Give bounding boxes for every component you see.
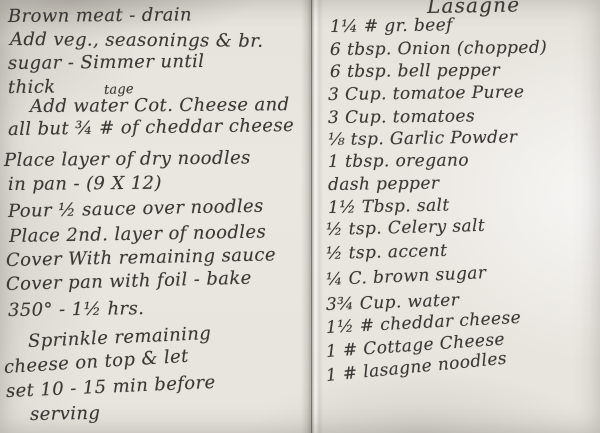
instruction-line: all but ¾ # of cheddar cheese bbox=[8, 115, 294, 140]
ingredient-line: dash pepper bbox=[328, 173, 440, 195]
ingredient-line: 3 Cup. tomatoes bbox=[328, 106, 475, 128]
instruction-line: Cover pan with foil - bake bbox=[6, 268, 252, 295]
instruction-line: sugar - Simmer until bbox=[8, 51, 205, 74]
left-page: Brown meat - drain Add veg., seasonings … bbox=[0, 0, 312, 433]
instruction-line: Brown meat - drain bbox=[8, 4, 192, 27]
instruction-line: Pour ½ sauce over noodles bbox=[8, 196, 264, 222]
ingredient-line: ¼ C. brown sugar bbox=[326, 263, 487, 290]
right-page: Lasagne 1¼ # gr. beef 6 tbsp. Onion (cho… bbox=[312, 0, 600, 433]
instruction-line: thick bbox=[8, 77, 56, 98]
instruction-line: Place 2nd. layer of noodles bbox=[9, 222, 266, 247]
ingredient-line: 1 tbsp. oregano bbox=[328, 151, 469, 172]
ingredient-line: ⅛ tsp. Garlic Powder bbox=[328, 127, 518, 150]
ingredient-line: 1¼ # gr. beef bbox=[330, 15, 453, 37]
instruction-line: Add water Cot. Cheese and bbox=[30, 94, 290, 117]
page-fold-line bbox=[311, 0, 312, 433]
ingredient-line: 6 tbsp. Onion (chopped) bbox=[330, 38, 547, 60]
instruction-line: serving bbox=[30, 403, 101, 425]
recipe-scan: Brown meat - drain Add veg., seasonings … bbox=[0, 0, 600, 433]
ingredient-line: ½ tsp. Celery salt bbox=[326, 216, 486, 240]
ingredient-line: 6 tbsp. bell pepper bbox=[330, 61, 500, 82]
instruction-line: in pan - (9 X 12) bbox=[8, 173, 162, 195]
instruction-line: 350° - 1½ hrs. bbox=[8, 298, 145, 321]
instruction-line: Add veg., seasonings & br. bbox=[10, 29, 264, 52]
instruction-line: Place layer of dry noodles bbox=[4, 147, 251, 171]
page-fold-crease bbox=[301, 0, 323, 433]
instruction-line: set 10 - 15 min before bbox=[6, 372, 216, 402]
ingredient-line: ½ tsp. accent bbox=[326, 241, 448, 264]
ingredient-line: 1½ Tbsp. salt bbox=[328, 195, 450, 218]
ingredient-line: 3 Cup. tomatoe Puree bbox=[328, 82, 525, 105]
